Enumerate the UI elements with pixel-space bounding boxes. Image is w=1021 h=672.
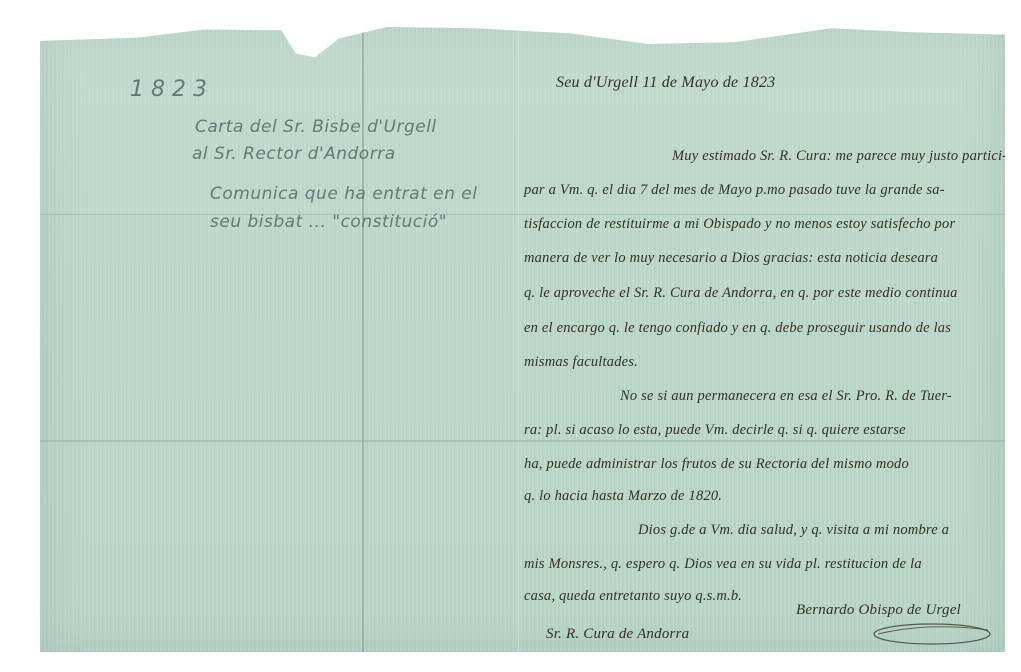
letter-line: mis Monsres., q. espero q. Dios vea en s… [524, 556, 922, 573]
letter-dateline: Seu d'Urgell 11 de Mayo de 1823 [556, 74, 775, 92]
archive-year: 1823 [130, 77, 214, 102]
fold-line-vertical [518, 22, 519, 652]
letter-line: No se si aun permanecera en esa el Sr. P… [620, 388, 952, 405]
letter-line: Muy estimado Sr. R. Cura: me parece muy … [672, 148, 1007, 165]
fold-line-horizontal [40, 214, 1005, 215]
letter-signature: Bernardo Obispo de Urgel [796, 602, 961, 619]
letter-paper: 1823 Carta del Sr. Bisbe d'Urgell al Sr.… [40, 22, 1005, 652]
letter-line: ra: pl. si acaso lo esta, puede Vm. deci… [524, 422, 906, 439]
letter-line: casa, queda entretanto suyo q.s.m.b. [524, 588, 742, 605]
letter-line: mismas facultades. [524, 354, 638, 371]
letter-line: par a Vm. q. el dia 7 del mes de Mayo p.… [524, 182, 945, 199]
letter-line: Dios g.de a Vm. dia salud, y q. visita a… [638, 522, 949, 539]
letter-line: en el encargo q. le tengo confiado y en … [524, 320, 951, 337]
letter-line: q. lo hacia hasta Marzo de 1820. [524, 488, 722, 505]
archive-note-line: seu bisbat ... "constitució" [210, 212, 447, 232]
letter-line: tisfaccion de restituirme a mi Obispado … [524, 216, 955, 233]
letter-addressee: Sr. R. Cura de Andorra [546, 626, 689, 643]
letter-line: manera de ver lo muy necesario a Dios gr… [524, 250, 938, 267]
letter-line: ha, puede administrar los frutos de su R… [524, 456, 909, 473]
archive-note-line: Comunica que ha entrat en el [210, 184, 478, 204]
archive-note-line: al Sr. Rector d'Andorra [192, 144, 396, 164]
signature-flourish-icon [868, 618, 998, 648]
archive-note-line: Carta del Sr. Bisbe d'Urgell [195, 117, 437, 137]
letter-line: q. le aproveche el Sr. R. Cura de Andorr… [524, 285, 958, 302]
fold-line-horizontal [40, 440, 1005, 442]
